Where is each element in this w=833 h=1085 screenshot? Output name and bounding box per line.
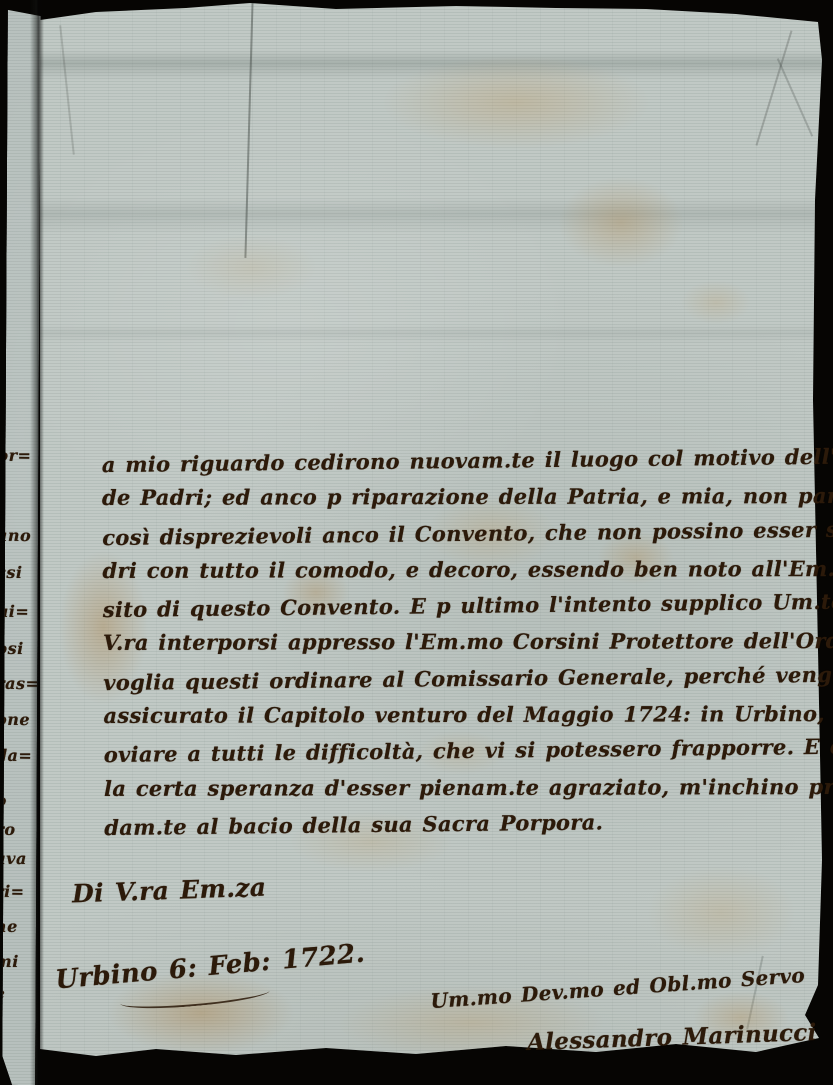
body-line: oviare a tutti le difficoltà, che vi si … xyxy=(104,729,824,773)
body-line: assicurato il Capitolo venturo del Maggi… xyxy=(103,696,823,734)
fold-crease xyxy=(36,325,825,343)
letter-body: a mio riguardo cedirono nuovam.te il luo… xyxy=(102,440,825,844)
corner-crease xyxy=(59,25,74,154)
body-line: sito di questo Convento. E p ultimo l'in… xyxy=(103,584,823,628)
body-line: dam.te al bacio della sua Sacra Porpora. xyxy=(104,802,824,846)
body-line: così disprezievoli anco il Convento, che… xyxy=(102,512,822,556)
fold-crease xyxy=(36,198,825,234)
page-gutter-shadow xyxy=(30,0,44,1085)
body-line: voglia questi ordinare al Comissario Gen… xyxy=(103,657,823,701)
corner-crease xyxy=(755,30,792,145)
body-line: a mio riguardo cedirono nuovam.te il luo… xyxy=(102,439,822,483)
fold-crease xyxy=(36,50,825,80)
body-line: V.ra interporsi appresso l'Em.mo Corsini… xyxy=(103,624,823,662)
manuscript-scan: or= ano ssi ui= osi ras= one da= o ro av… xyxy=(0,0,833,1085)
body-line: la certa speranza d'esser pienam.te agra… xyxy=(104,769,824,807)
stain xyxy=(681,280,751,325)
body-line: dri con tutto il comodo, e decoro, essen… xyxy=(102,551,822,589)
stain xyxy=(186,235,316,300)
stain xyxy=(646,865,796,960)
body-line: de Padri; ed anco p riparazione della Pa… xyxy=(102,478,822,516)
